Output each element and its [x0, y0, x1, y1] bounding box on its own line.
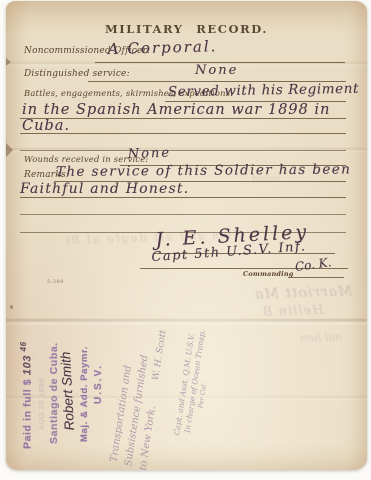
field-label-distinguished-service: Distinguished service: — [24, 69, 130, 79]
rule-line — [20, 133, 346, 134]
paid-stamp: Paid in full $ 103 46 — [16, 302, 36, 449]
field-value-wounds: None — [127, 145, 171, 162]
field-value-remarks-line1: The service of this Soldier has been — [56, 161, 351, 180]
bleedthrough-text: nul lum — [300, 330, 343, 344]
commanding-company: Co. K. — [294, 255, 332, 274]
rule-line — [288, 277, 344, 278]
bleedthrough-text: Hellin B — [262, 303, 324, 320]
field-value-remarks-line2: Faithful and Honest. — [20, 181, 189, 197]
commanding-label: Commanding — [243, 270, 294, 278]
paper-sheet: MILITARY RECORD. Noncommissioned Officer… — [6, 1, 367, 470]
paper-speck — [10, 305, 13, 309]
date-stamp: AUG 29 1898 — [36, 302, 48, 430]
paid-amount: 103 — [22, 355, 34, 375]
pencil-note-block: Transportation and Subsistence furnished… — [106, 325, 216, 479]
rule-line — [20, 197, 346, 198]
paymaster-stamp-block: Paid in full $ 103 46 AUG 29 1898 Santia… — [16, 302, 106, 452]
field-value-battles-line1: Served with his Regiment — [168, 81, 359, 100]
field-value-distinguished-service: None — [195, 63, 238, 78]
paper-tear-mark — [6, 58, 11, 66]
bleedthrough-text: mllad — [252, 174, 281, 186]
form-number: 5-289 — [47, 279, 64, 285]
field-value-battles-line2: in the Spanish American war 1898 in — [22, 102, 330, 118]
rule-line — [20, 150, 346, 151]
rule-line — [20, 214, 346, 215]
field-value-battles-line3: Cuba. — [22, 118, 70, 134]
usv-stamp: U.S.V. — [92, 302, 106, 404]
scanned-document-page: { "scan": { "title": "MILITARY RECORD." … — [0, 0, 371, 480]
document-title: MILITARY RECORD. — [6, 22, 367, 36]
paid-cents: 46 — [19, 341, 28, 351]
paid-stamp-label: Paid in full $ — [22, 379, 34, 449]
paymaster-title-stamp: Maj. & Add. Paymr. — [78, 302, 92, 442]
bleedthrough-text: Marriott Ma — [254, 283, 353, 302]
paper-tear-mark — [6, 143, 13, 157]
field-value-noncommissioned-officer: A Corporal. — [108, 37, 218, 58]
